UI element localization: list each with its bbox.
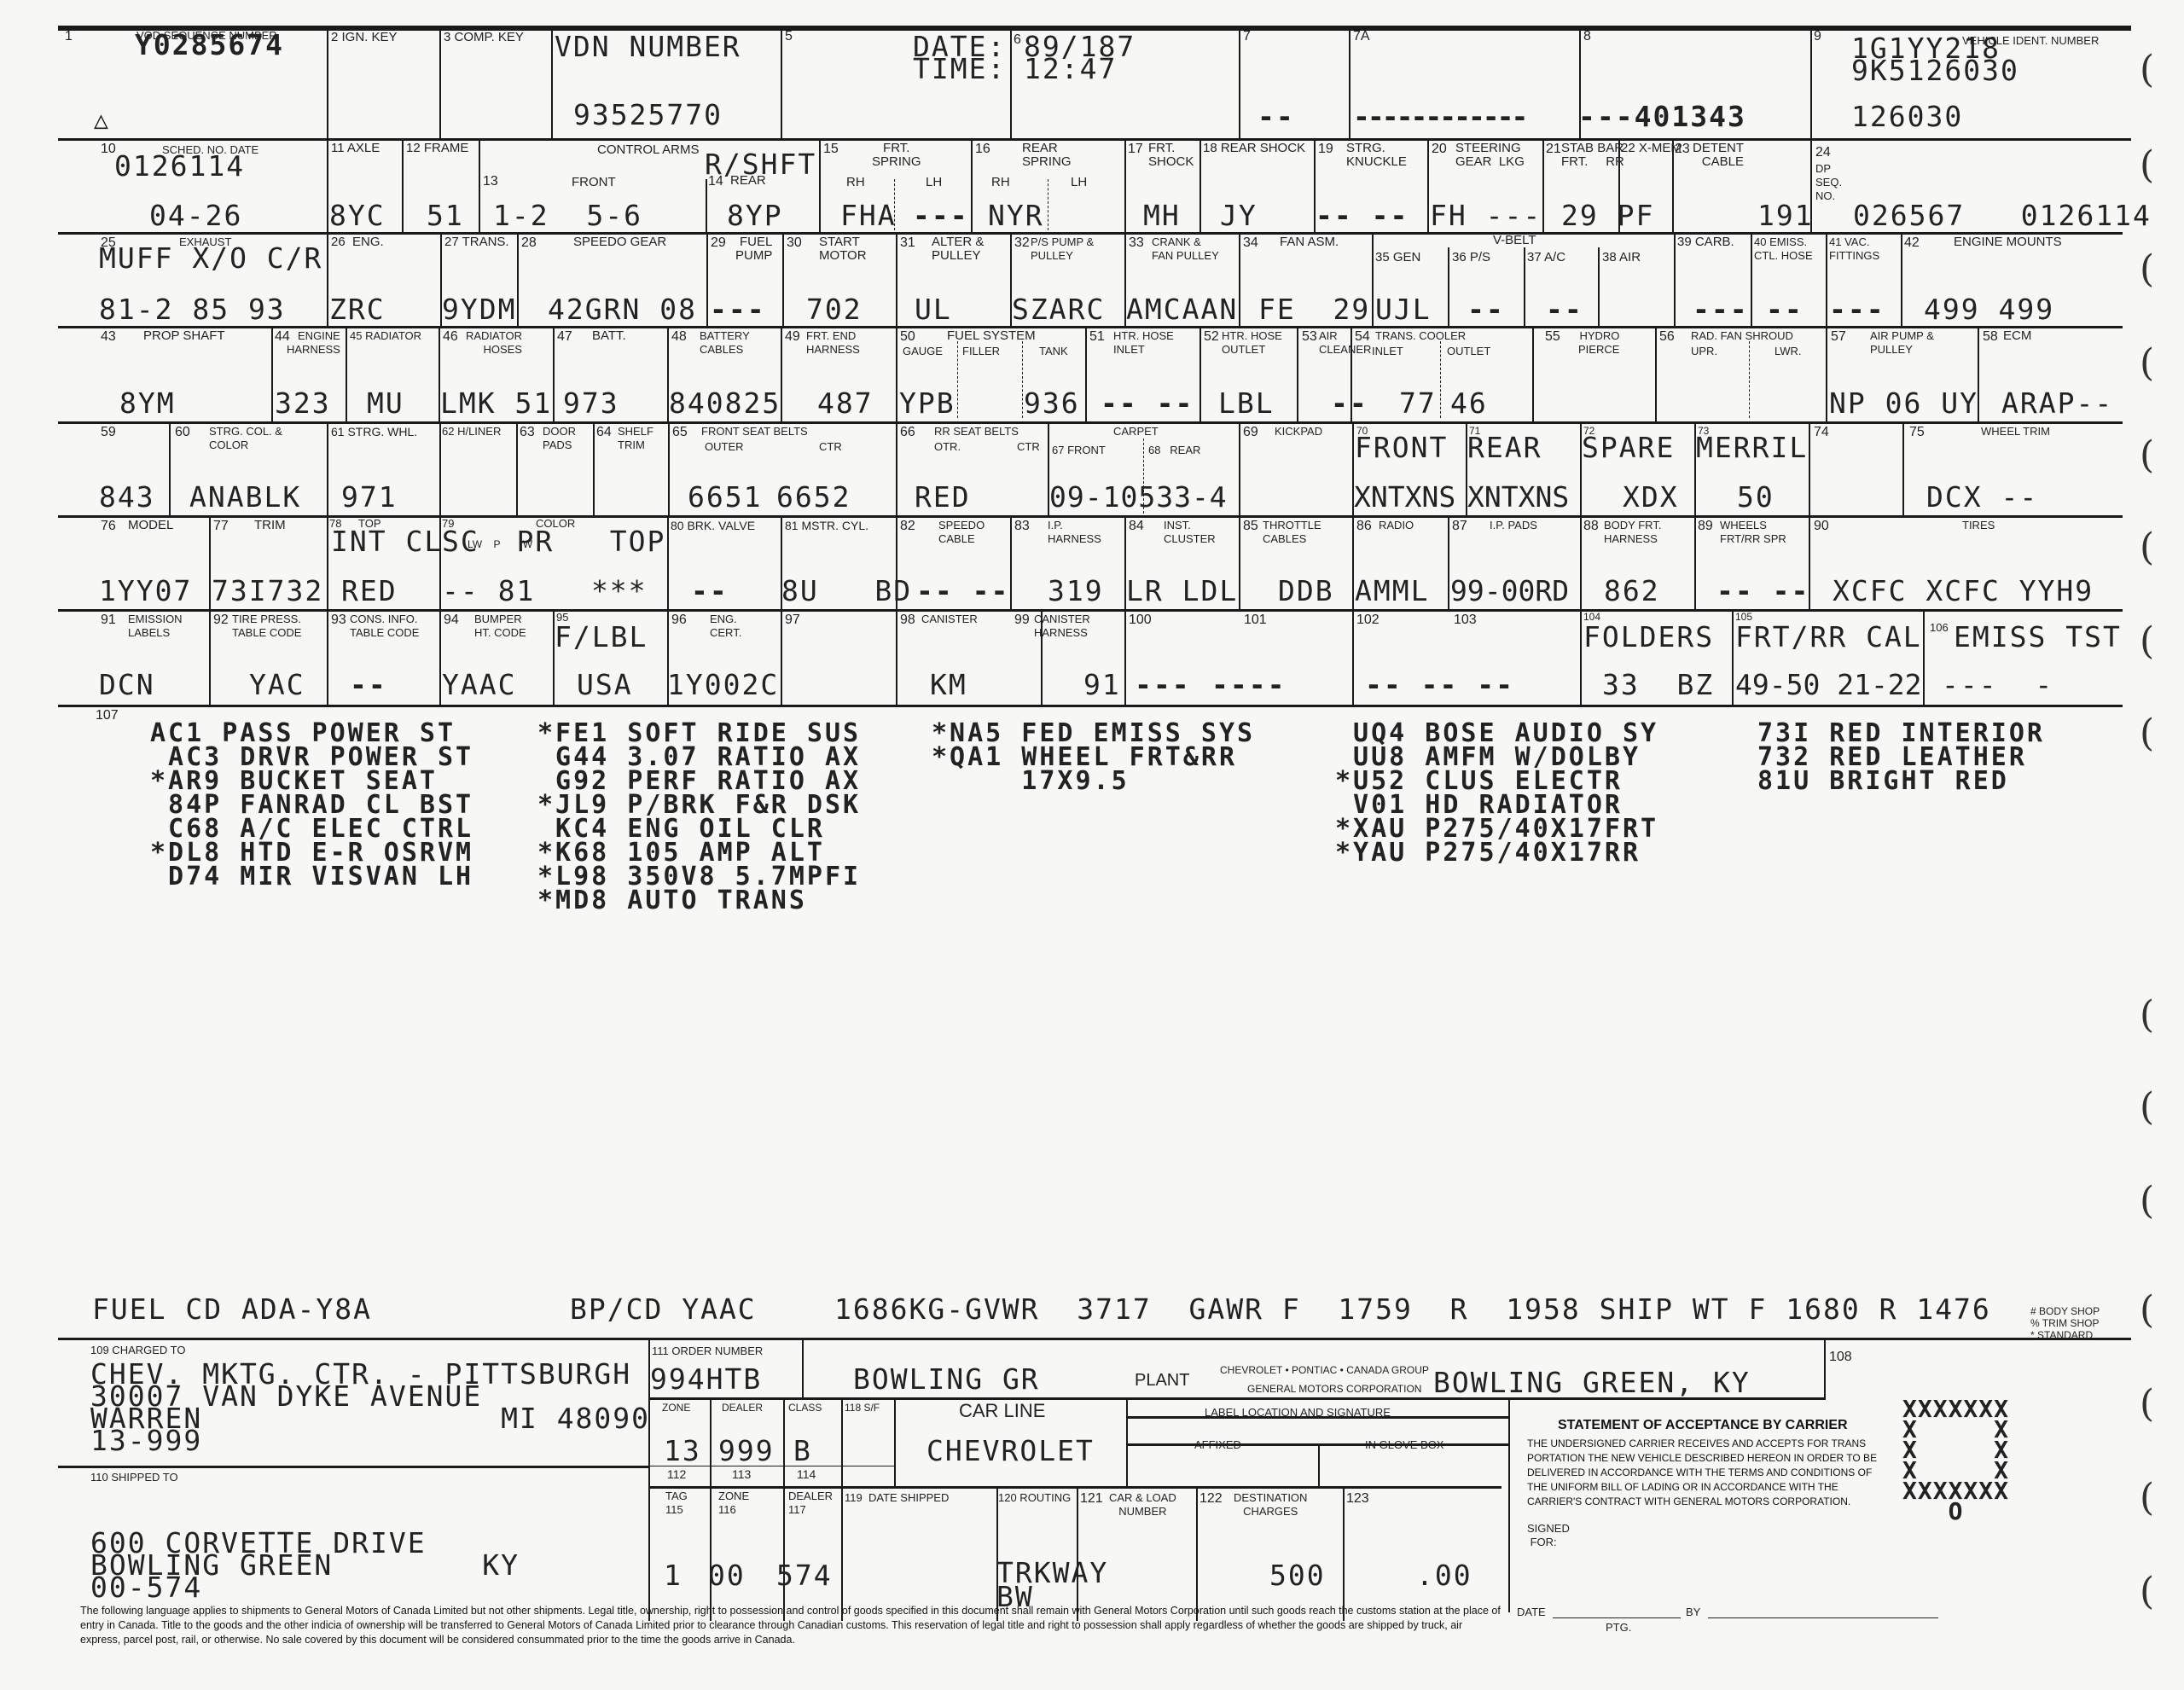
option-line: D74 MIR VISVAN LH [150,865,473,889]
binder-hole-icon: ( [2140,433,2154,477]
exhaust-title: MUFF X/O C/R [99,244,322,273]
tires-value: XCFC XCFC YYH9 [1833,577,2094,606]
options-column-4: UQ4 BOSE AUDIO SY UU8 AMFM W/DOLBY*U52 C… [1335,722,1658,865]
binder-hole-icon: ( [2140,48,2154,91]
shop-legend: # BODY SHOP% TRIM SHOP* STANDARD [2030,1305,2100,1341]
date-field[interactable] [1553,1617,1681,1618]
vin-line-2: 9K5126030 [1851,56,2019,85]
vod-sequence-number: Y0285674 [135,31,284,60]
legal-notice: The following language applies to shipme… [80,1604,1505,1647]
option-line: 17X9.5 [932,770,1255,793]
options-column-1: AC1 PASS POWER ST AC3 DRVR POWER ST*AR9 … [150,722,473,889]
carrier-statement: THE UNDERSIGNED CARRIER RECEIVES AND ACC… [1527,1437,1885,1509]
binder-hole-icon: ( [2140,619,2154,663]
ship-time: 12:47 [1024,55,1117,84]
option-line: 81U BRIGHT RED [1757,770,2045,793]
order-number: 994HTB [650,1365,762,1394]
by-field[interactable] [1708,1617,1938,1618]
rule [58,609,2123,612]
binder-hole-icon: ( [2140,1288,2154,1332]
fuel-code: FUEL CD ADA-Y8A [92,1295,372,1324]
dp-seq-number: 026567 0126114 [1853,201,2152,230]
binder-hole-icon: ( [2140,993,2154,1037]
vin-sequence: 126030 [1851,102,1963,131]
field-8-value: ---401343 [1578,102,1746,131]
shipped-to-address: 600 CORVETTE DRIVEBOWLING GREEN KY00-574 [90,1532,520,1599]
binder-hole-icon: ( [2140,1476,2154,1519]
binder-hole-icon: ( [2140,711,2154,755]
option-line: * STANDARD [2030,1329,2100,1341]
binder-hole-icon: ( [2140,247,2154,291]
option-line: % TRIM SHOP [2030,1317,2100,1329]
binder-hole-icon: ( [2140,1085,2154,1129]
sched-number: 0126114 [114,152,245,181]
bp-code: BP/CD YAAC [570,1295,757,1324]
plant-location: BOWLING GREEN, KY [1433,1368,1751,1397]
binder-hole-icon: ( [2140,526,2154,569]
vdn-title: VDN NUMBER [555,32,741,61]
options-column-3: *NA5 FED EMISS SYS*QA1 WHEEL FRT&RR 17X9… [932,722,1255,793]
option-line: # BODY SHOP [2030,1305,2100,1317]
option-line: *YAU P275/40X17RR [1335,841,1658,865]
car-line: CHEVROLET [926,1437,1095,1466]
options-column-5: 73I RED INTERIOR732 RED LEATHER81U BRIGH… [1757,722,2045,793]
binder-hole-icon: ( [2140,143,2154,187]
vdn-number: 93525770 [573,101,723,130]
rule [58,326,2123,328]
rule [58,421,2123,424]
x-box-mark: XXXXXXX X X X X X X XXXXXXX O [1902,1399,2009,1522]
option-line: *MD8 AUTO TRANS [537,889,861,913]
binder-hole-icon: ( [2140,1382,2154,1426]
options-column-2: *FE1 SOFT RIDE SUS G44 3.07 RATIO AX G92… [537,722,861,913]
triangle-icon: △ [94,106,108,134]
routing: TRKWAYBW [996,1561,1108,1609]
binder-hole-icon: ( [2140,1570,2154,1613]
binder-hole-icon: ( [2140,1179,2154,1222]
charged-to-address: CHEV. MKTG. CTR. - PITTSBURGH30007 VAN D… [90,1363,650,1452]
weights-line: 1686KG-GVWR 3717 GAWR F 1759 R 1958 SHIP… [834,1295,1991,1324]
plant-code: BOWLING GR [853,1365,1040,1394]
shipper-document: 1 VOD SEQUENCE NUMBER Y0285674 △ 2 IGN. … [0,0,2184,1690]
binder-hole-icon: ( [2140,341,2154,385]
rule [58,1338,2131,1340]
rule [58,705,2123,707]
destination-charges: 500 [1269,1561,1326,1590]
sched-date: 04-26 [149,201,242,230]
